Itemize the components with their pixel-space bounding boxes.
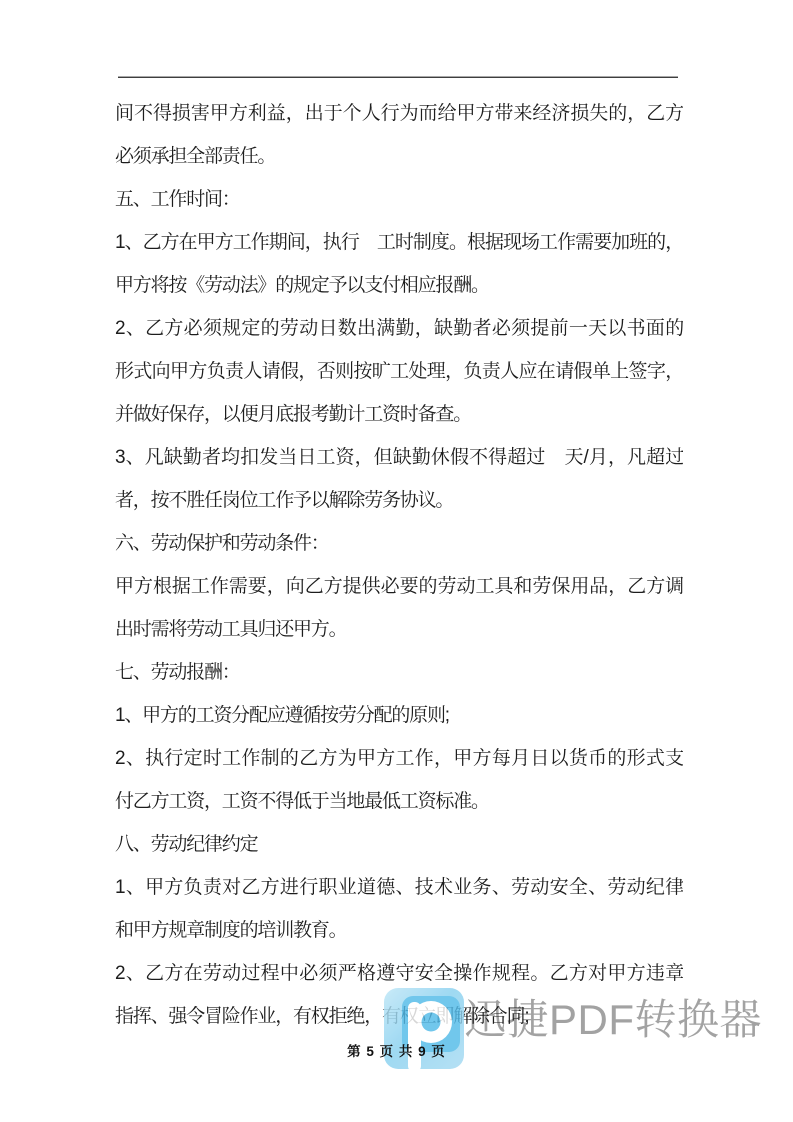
text-line: 并做好保存，以便月底报考勤计工资时备查。 [115,393,683,436]
document-body: 间不得损害甲方利益，出于个人行为而给甲方带来经济损失的，乙方必须承担全部责任。五… [115,92,683,1038]
text-line: 和甲方规章制度的培训教育。 [115,909,683,952]
text-line: 形式向甲方负责人请假，否则按旷工处理，负责人应在请假单上签字， [115,350,683,393]
text-line: 间不得损害甲方利益，出于个人行为而给甲方带来经济损失的，乙方 [115,92,683,135]
text-line: 2、乙方必须规定的劳动日数出满勤，缺勤者必须提前一天以书面的 [115,307,683,350]
page-footer: 第 5 页 共 9 页 [0,1043,793,1060]
text-line: 甲方将按《劳动法》的规定予以支付相应报酬。 [115,264,683,307]
header-rule [118,76,678,78]
text-line: 1、甲方负责对乙方进行职业道德、技术业务、劳动安全、劳动纪律 [115,866,683,909]
text-line: 1、甲方的工资分配应遵循按劳分配的原则; [115,694,683,737]
text-line: 出时需将劳动工具归还甲方。 [115,608,683,651]
text-line: 1、乙方在甲方工作期间，执行 工时制度。根据现场工作需要加班的， [115,221,683,264]
text-line: 3、凡缺勤者均扣发当日工资，但缺勤休假不得超过 天/月，凡超过 [115,436,683,479]
text-line: 2、执行定时工作制的乙方为甲方工作，甲方每月日以货币的形式支 [115,737,683,780]
text-line: 五、工作时间： [115,178,683,221]
text-line: 八、劳动纪律约定 [115,823,683,866]
text-line: 必须承担全部责任。 [115,135,683,178]
text-line: 者，按不胜任岗位工作予以解除劳务协议。 [115,479,683,522]
text-line: 付乙方工资，工资不得低于当地最低工资标准。 [115,780,683,823]
text-line: 七、劳动报酬： [115,651,683,694]
text-line: 六、劳动保护和劳动条件： [115,522,683,565]
text-line: 甲方根据工作需要，向乙方提供必要的劳动工具和劳保用品，乙方调 [115,565,683,608]
page: 间不得损害甲方利益，出于个人行为而给甲方带来经济损失的，乙方必须承担全部责任。五… [0,0,793,1122]
